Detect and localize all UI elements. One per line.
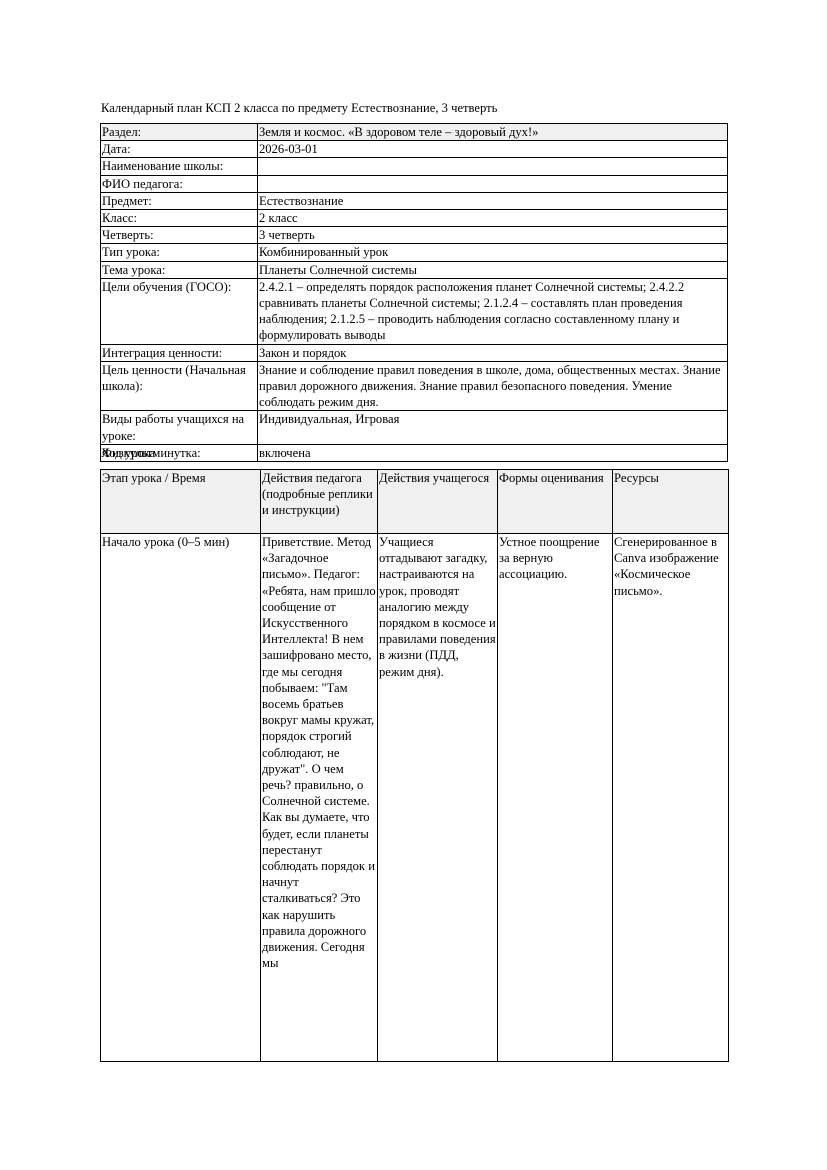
- info-row: Физкультминутка:включена: [101, 444, 728, 461]
- info-value: Комбинированный урок: [258, 244, 728, 261]
- lesson-flow-title: Ход урока: [101, 445, 155, 461]
- info-row: Тема урока:Планеты Солнечной системы: [101, 261, 728, 278]
- info-value: включена: [258, 444, 728, 461]
- info-label: Класс:: [101, 210, 258, 227]
- header-stage: Этап урока / Время: [101, 470, 261, 534]
- header-teacher-actions: Действия педагога (подробные реплики и и…: [261, 470, 378, 534]
- info-value: 3 четверть: [258, 227, 728, 244]
- lesson-flow-table: Этап урока / Время Действия педагога (по…: [100, 469, 729, 1062]
- info-label: Тема урока:: [101, 261, 258, 278]
- info-value: 2.4.2.1 – определять порядок расположени…: [258, 278, 728, 344]
- info-row: ФИО педагога:: [101, 175, 728, 192]
- info-row: Раздел:Земля и космос. «В здоровом теле …: [101, 124, 728, 141]
- info-value: Земля и космос. «В здоровом теле – здоро…: [258, 124, 728, 141]
- info-label: Тип урока:: [101, 244, 258, 261]
- info-label: Предмет:: [101, 192, 258, 209]
- info-value: 2 класс: [258, 210, 728, 227]
- info-label: Цель ценности (Начальная школа):: [101, 361, 258, 411]
- info-row: Четверть:3 четверть: [101, 227, 728, 244]
- stage-cell: Начало урока (0–5 мин): [102, 534, 259, 1061]
- info-row: Цели обучения (ГОСО):2.4.2.1 – определят…: [101, 278, 728, 344]
- info-value: Закон и порядок: [258, 344, 728, 361]
- lesson-info-table: Раздел:Земля и космос. «В здоровом теле …: [100, 123, 728, 462]
- info-label: Раздел:: [101, 124, 258, 141]
- table-row: Начало урока (0–5 мин) Приветствие. Мето…: [101, 534, 729, 1062]
- info-label: Четверть:: [101, 227, 258, 244]
- info-row: Виды работы учащихся на уроке:Индивидуал…: [101, 411, 728, 444]
- document-title: Календарный план КСП 2 класса по предмет…: [101, 100, 497, 116]
- header-assessment: Формы оценивания: [498, 470, 613, 534]
- info-value: 2026-03-01: [258, 141, 728, 158]
- resources-cell: Сгенерированное в Canva изображение «Кос…: [614, 534, 727, 1061]
- info-label: Дата:: [101, 141, 258, 158]
- info-row: Класс:2 класс: [101, 210, 728, 227]
- info-label: Цели обучения (ГОСО):: [101, 278, 258, 344]
- assessment-cell: Устное поощрение за верную ассоциацию.: [499, 534, 611, 1061]
- info-value: Индивидуальная, Игровая: [258, 411, 728, 444]
- student-actions-cell: Учащиеся отгадывают загадку, настраивают…: [379, 534, 496, 1061]
- info-row: Наименование школы:: [101, 158, 728, 175]
- info-value: Знание и соблюдение правил поведения в ш…: [258, 361, 728, 411]
- info-value: [258, 175, 728, 192]
- info-label: Интеграция ценности:: [101, 344, 258, 361]
- info-row: Тип урока:Комбинированный урок: [101, 244, 728, 261]
- flow-table-header: Этап урока / Время Действия педагога (по…: [101, 470, 729, 534]
- info-label: Наименование школы:: [101, 158, 258, 175]
- info-value: [258, 158, 728, 175]
- info-row: Интеграция ценности:Закон и порядок: [101, 344, 728, 361]
- info-row: Предмет:Естествознание: [101, 192, 728, 209]
- info-row: Дата:2026-03-01: [101, 141, 728, 158]
- info-row: Цель ценности (Начальная школа):Знание и…: [101, 361, 728, 411]
- info-label: ФИО педагога:: [101, 175, 258, 192]
- header-resources: Ресурсы: [613, 470, 729, 534]
- teacher-actions-cell: Приветствие. Метод «Загадочное письмо». …: [262, 534, 376, 1061]
- info-value: Планеты Солнечной системы: [258, 261, 728, 278]
- info-label: Виды работы учащихся на уроке:: [101, 411, 258, 444]
- header-student-actions: Действия учащегося: [378, 470, 498, 534]
- info-value: Естествознание: [258, 192, 728, 209]
